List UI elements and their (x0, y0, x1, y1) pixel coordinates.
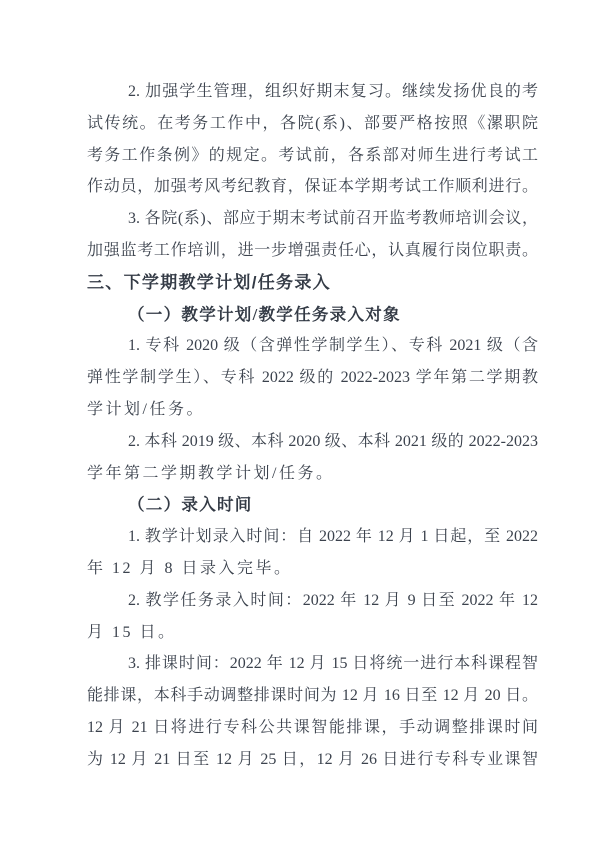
paragraph-line: 2. 教学任务录入时间：2022 年 12 月 9 日至 2022 年 12 (87, 585, 538, 617)
paragraph-line: 为 12 月 21 日至 12 月 25 日，12 月 26 日进行专科专业课智 (87, 744, 538, 776)
paragraph-line: 加强监考工作培训，进一步增强责任心，认真履行岗位职责。 (87, 235, 538, 267)
paragraph-line: 3. 排课时间：2022 年 12 月 15 日将统一进行本科课程智 (87, 648, 538, 680)
heading-subsection-two: （二）录入时间 (87, 489, 538, 521)
paragraph-line: 1. 专科 2020 级（含弹性学制学生）、专科 2021 级（含 (87, 330, 538, 362)
paragraph-line: 2. 加强学生管理，组织好期末复习。继续发扬优良的考 (87, 76, 538, 108)
document-page: 2. 加强学生管理，组织好期末复习。继续发扬优良的考 试传统。在考务工作中，各院… (0, 0, 612, 865)
paragraph-line: 1. 教学计划录入时间：自 2022 年 12 月 1 日起，至 2022 (87, 521, 538, 553)
paragraph-line: 试传统。在考务工作中，各院(系)、部要严格按照《漯职院 (87, 108, 538, 140)
paragraph-line: 弹性学制学生）、专科 2022 级的 2022-2023 学年第二学期教 (87, 362, 538, 394)
paragraph-line: 作动员，加强考风考纪教育，保证本学期考试工作顺利进行。 (87, 171, 538, 203)
paragraph-line: 12 月 21 日将进行专科公共课智能排课，手动调整排课时间 (87, 712, 538, 744)
paragraph-line: 月 15 日。 (87, 617, 538, 649)
paragraph-line: 年 12 月 8 日录入完毕。 (87, 553, 538, 585)
paragraph-line: 能排课，本科手动调整排课时间为 12 月 16 日至 12 月 20 日。 (87, 680, 538, 712)
paragraph-line: 2. 本科 2019 级、本科 2020 级、本科 2021 级的 2022-2… (87, 426, 538, 458)
heading-section-three: 三、下学期教学计划/任务录入 (87, 267, 538, 299)
paragraph-line: 学计划/任务。 (87, 394, 538, 426)
paragraph-line: 学年第二学期教学计划/任务。 (87, 458, 538, 490)
paragraph-line: 3. 各院(系)、部应于期末考试前召开监考教师培训会议， (87, 203, 538, 235)
heading-subsection-one: （一）教学计划/教学任务录入对象 (87, 299, 538, 331)
paragraph-line: 考务工作条例》的规定。考试前，各系部对师生进行考试工 (87, 140, 538, 172)
